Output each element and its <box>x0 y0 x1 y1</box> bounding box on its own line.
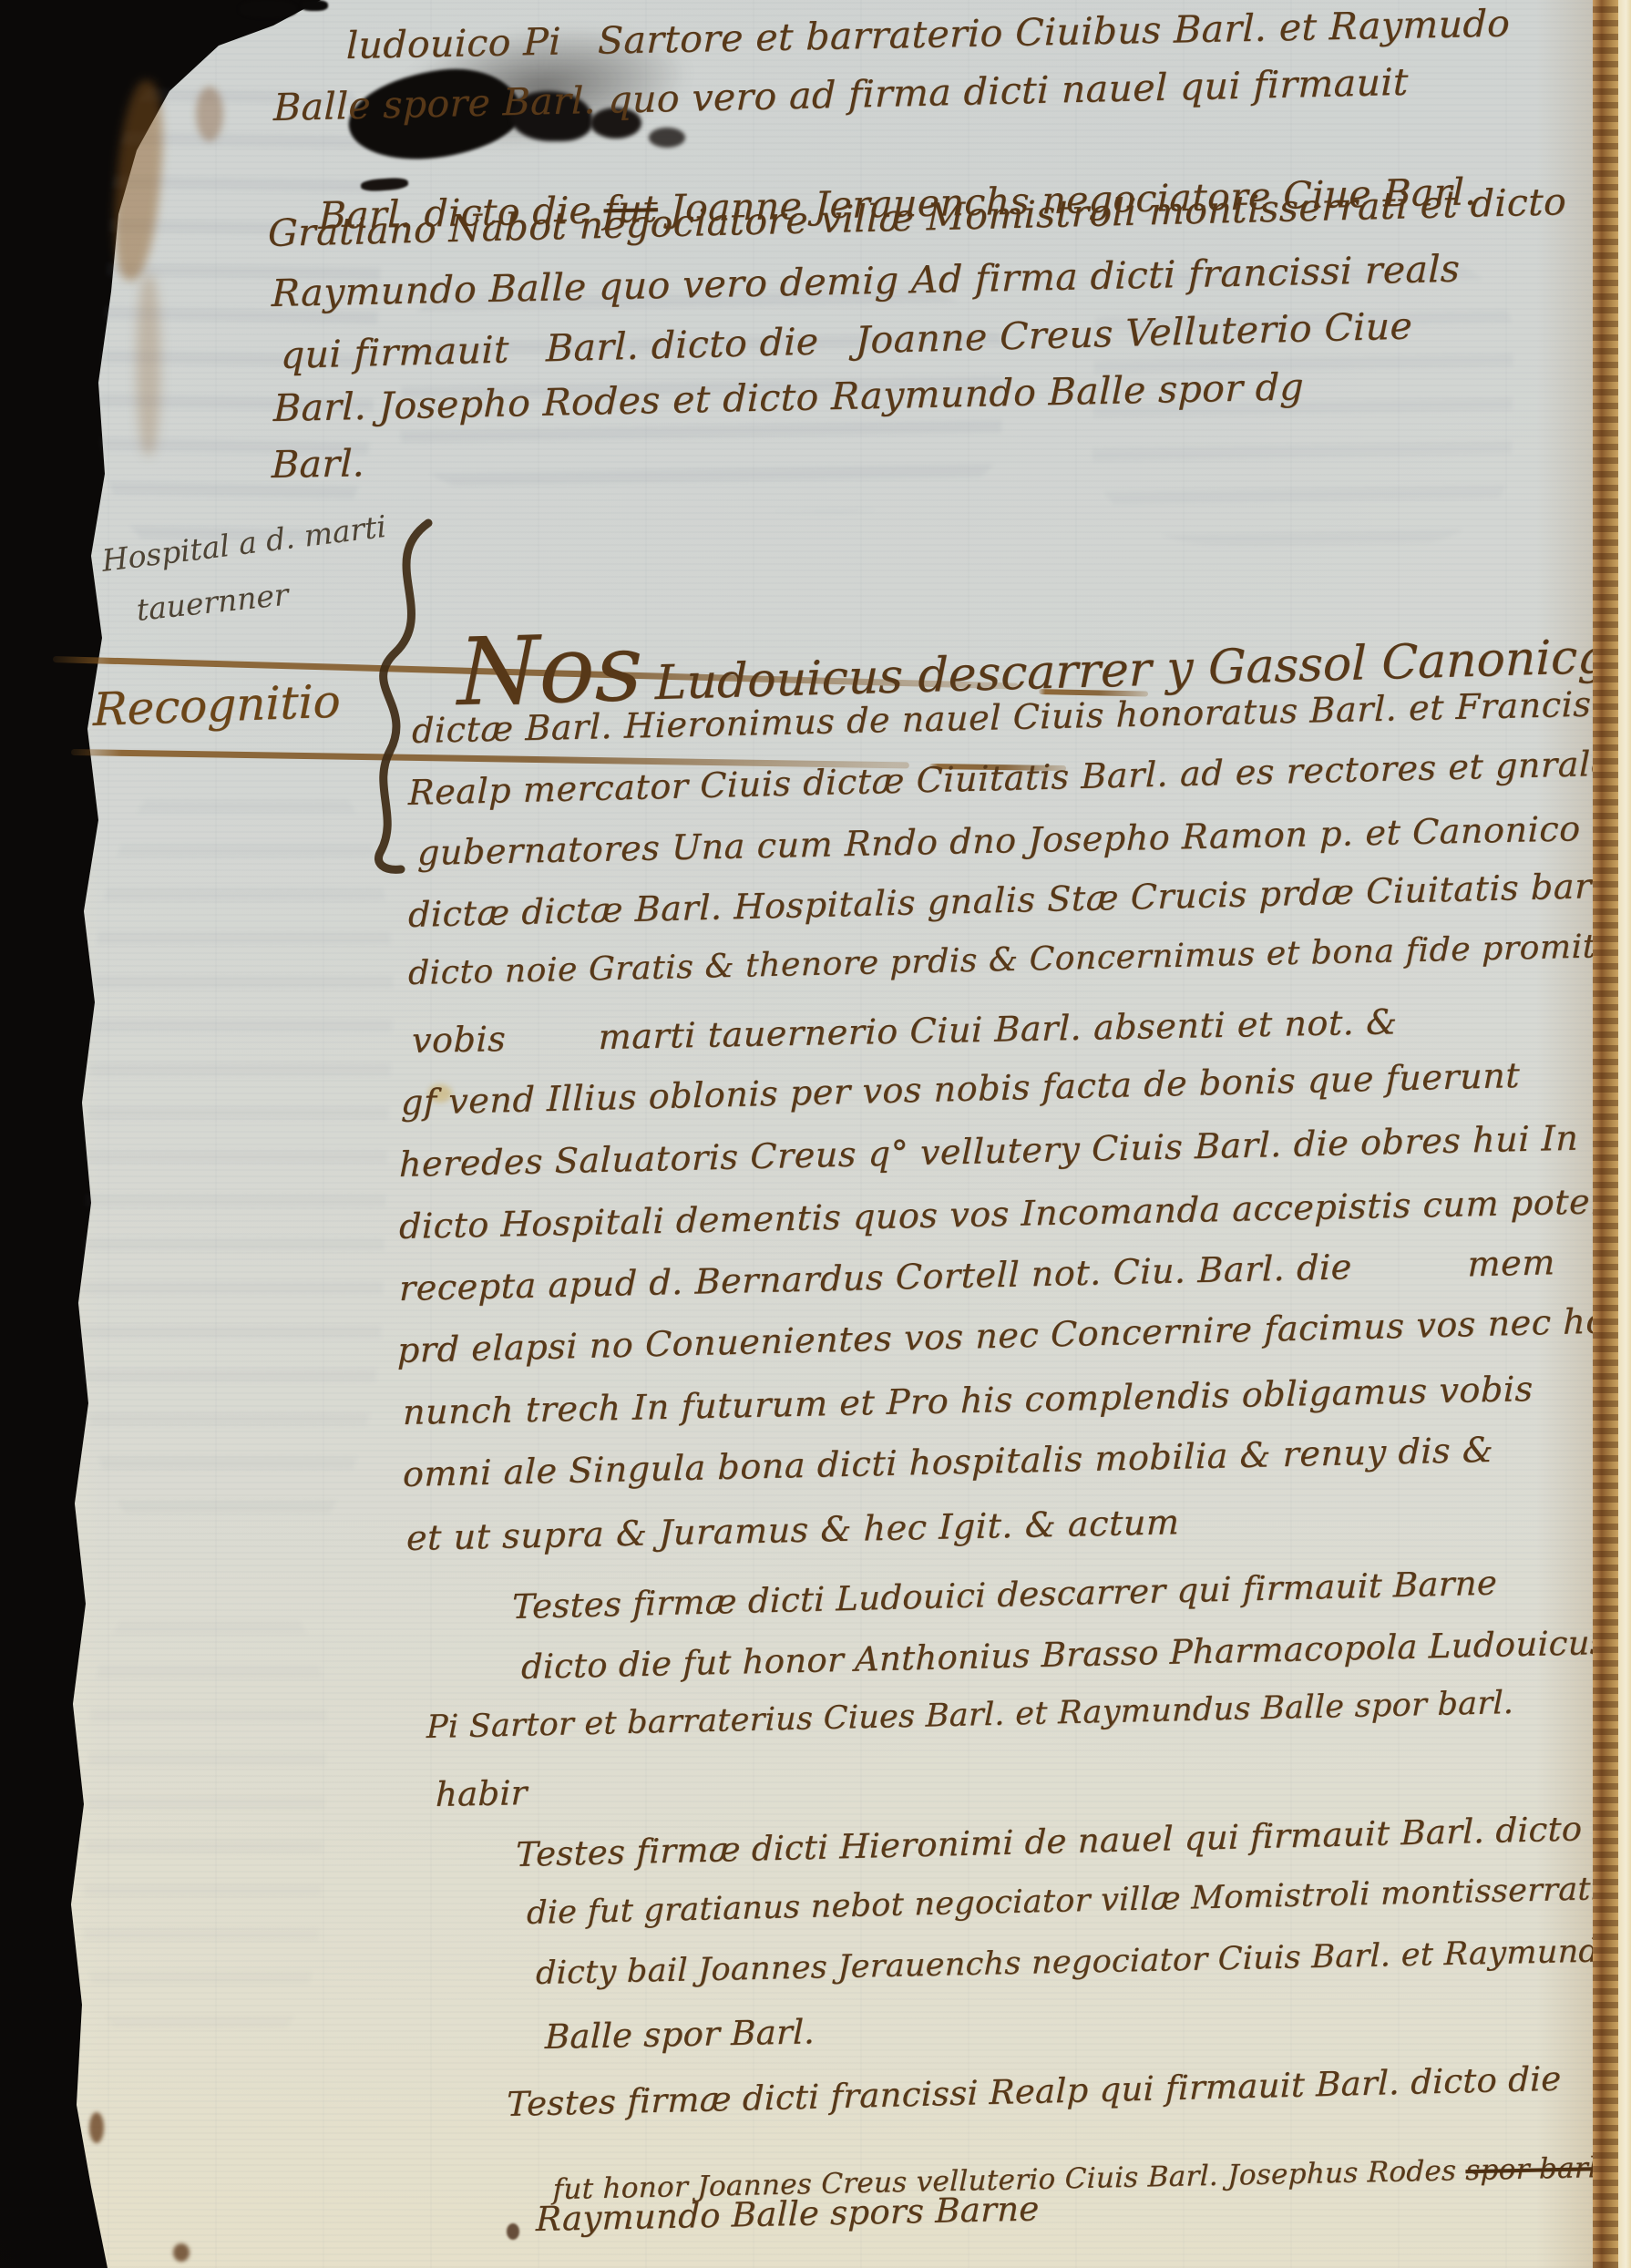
witness-line: habir <box>436 1773 528 1814</box>
ink-speck <box>89 2112 104 2143</box>
brown-stain <box>137 273 160 456</box>
ink-mark-top-edge <box>301 0 328 11</box>
ink-speck <box>173 2243 190 2262</box>
struck-words: spor barl. <box>1465 2151 1606 2187</box>
next-page-edge <box>1618 0 1631 2268</box>
witness-line: Balle spor Barl. <box>545 2012 815 2057</box>
manuscript-photo: Hospital a d. marti tauernner Recognitio… <box>0 0 1631 2268</box>
heading-recognitio: Recognitio <box>93 674 341 736</box>
brown-stain <box>196 87 223 141</box>
page-gutter-edge <box>1593 0 1618 2268</box>
bleed-through-texture <box>78 1591 331 2055</box>
bleed-through-texture <box>73 769 400 1544</box>
ink-mark-top-edge <box>239 0 297 18</box>
opening-line: Barl. <box>272 441 365 487</box>
